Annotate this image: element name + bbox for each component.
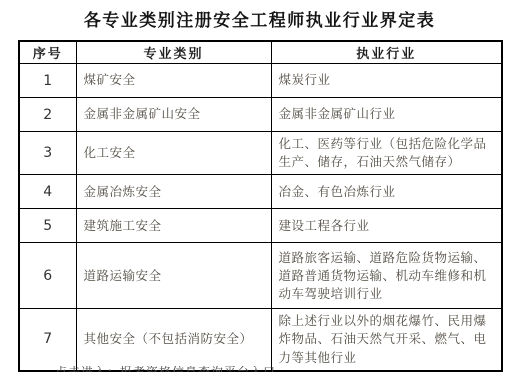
row-number: 2 <box>19 98 76 132</box>
row-category: 其他安全（不包括消防安全） <box>76 309 271 371</box>
table-row: 1 煤矿安全 煤炭行业 <box>19 64 502 98</box>
row-number: 7 <box>19 309 76 371</box>
row-industry: 化工、医药等行业（包括危险化学品生产、储存，石油天然气储存） <box>271 132 502 175</box>
row-industry: 除上述行业以外的烟花爆竹、民用爆炸物品、石油天然气开采、燃气、电力等其他行业 <box>271 309 502 371</box>
table-row: 3 化工安全 化工、医药等行业（包括危险化学品生产、储存，石油天然气储存） <box>19 132 502 175</box>
table-row: 2 金属非金属矿山安全 金属非金属矿山行业 <box>19 98 502 132</box>
clipped-footer-text: 点击进入：报考资格信息查询平台入口 <box>55 366 285 372</box>
row-industry: 建设工程各行业 <box>271 209 502 243</box>
row-industry: 道路旅客运输、道路危险货物运输、道路普通货物运输、机动车维修和机动车驾驶培训行业 <box>271 243 502 309</box>
header-cell-industry: 执业行业 <box>271 41 502 64</box>
row-industry: 金属非金属矿山行业 <box>271 98 502 132</box>
row-number: 3 <box>19 132 76 175</box>
row-category: 化工安全 <box>76 132 271 175</box>
row-number: 6 <box>19 243 76 309</box>
row-category: 金属非金属矿山安全 <box>76 98 271 132</box>
row-industry: 冶金、有色冶炼行业 <box>271 175 502 209</box>
row-industry: 煤炭行业 <box>271 64 502 98</box>
table-header: 序号 专业类别 执业行业 <box>19 41 502 64</box>
row-number: 5 <box>19 209 76 243</box>
row-category: 道路运输安全 <box>76 243 271 309</box>
row-number: 4 <box>19 175 76 209</box>
row-category: 煤矿安全 <box>76 64 271 98</box>
table-row: 5 建筑施工安全 建设工程各行业 <box>19 209 502 243</box>
table-row: 7 其他安全（不包括消防安全） 除上述行业以外的烟花爆竹、民用爆炸物品、石油天然… <box>19 309 502 371</box>
table-row: 4 金属冶炼安全 冶金、有色冶炼行业 <box>19 175 502 209</box>
header-cell-no: 序号 <box>19 41 76 64</box>
header-row: 序号 专业类别 执业行业 <box>19 41 502 64</box>
industry-definition-table: 序号 专业类别 执业行业 1 煤矿安全 煤炭行业 2 金属非金属矿山安全 金属非… <box>18 40 503 372</box>
header-cell-category: 专业类别 <box>76 41 271 64</box>
table-body: 1 煤矿安全 煤炭行业 2 金属非金属矿山安全 金属非金属矿山行业 3 化工安全… <box>19 64 502 371</box>
row-number: 1 <box>19 64 76 98</box>
row-category: 金属冶炼安全 <box>76 175 271 209</box>
row-category: 建筑施工安全 <box>76 209 271 243</box>
table-row: 6 道路运输安全 道路旅客运输、道路危险货物运输、道路普通货物运输、机动车维修和… <box>19 243 502 309</box>
page-title: 各专业类别注册安全工程师执业行业界定表 <box>0 6 519 31</box>
